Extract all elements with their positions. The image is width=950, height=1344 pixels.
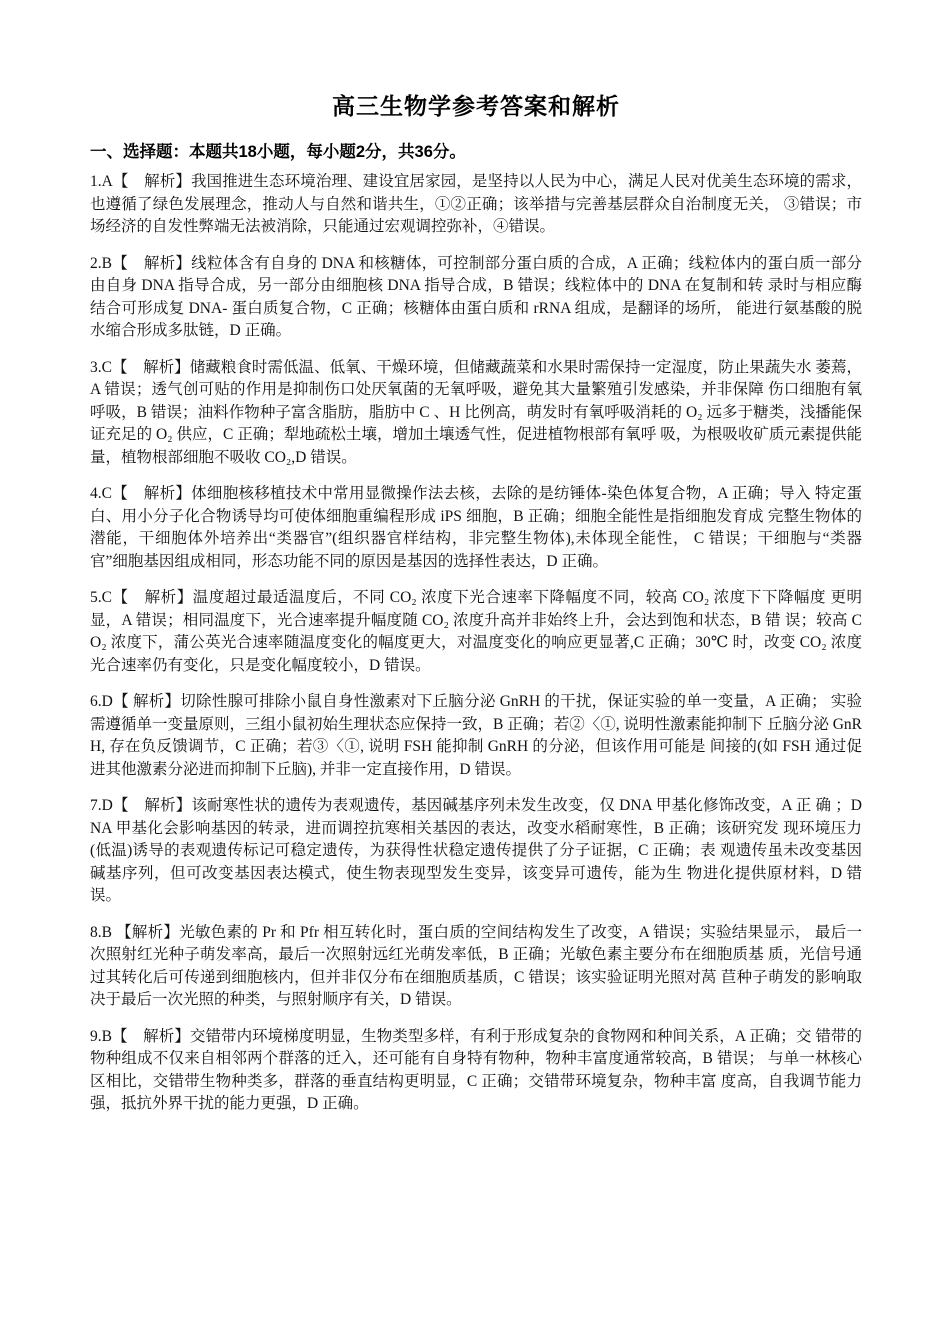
section-heading: 一、选择题：本题共18小题，每小题2分，共36分。: [90, 138, 862, 162]
answer-label: 2.B: [90, 255, 112, 272]
answer-explanation: 储藏粮食时需低温、低氧、干燥环境，但储藏蔬菜和水果时需保持一定湿度，防止果蔬失水…: [90, 359, 862, 466]
answer-item-8: 8.B 【解析】光敏色素的 Pr 和 Pfr 相互转化时，蛋白质的空间结构发生了…: [90, 922, 862, 1012]
answer-explanation: 光敏色素的 Pr 和 Pfr 相互转化时，蛋白质的空间结构发生了改变，A 错误；…: [90, 924, 862, 1009]
answer-label: 5.C: [90, 589, 112, 606]
answer-label: 3.C: [90, 359, 112, 376]
analysis-marker: 【 解析】: [112, 255, 191, 272]
answer-label: 6.D: [90, 693, 113, 710]
analysis-marker: 【 解析】: [113, 693, 180, 710]
answer-explanation: 交错带内环境梯度明显，生物类型多样，有利于形成复杂的食物网和种间关系，A 正确；…: [90, 1028, 862, 1113]
answer-item-3: 3.C【 解析】储藏粮食时需低温、低氧、干燥环境，但储藏蔬菜和水果时需保持一定湿…: [90, 357, 862, 470]
answer-label: 1.A: [90, 173, 113, 190]
answer-item-1: 1.A【 解析】我国推进生态环境治理、建设宜居家园，是坚持以人民为中心，满足人民…: [90, 171, 862, 239]
analysis-marker: 【 解析】: [112, 359, 190, 376]
answer-explanation: 切除性腺可排除小鼠自身性激素对下丘脑分泌 GnRH 的干扰，保证实验的单一变量，…: [90, 693, 862, 778]
answer-item-2: 2.B【 解析】线粒体含有自身的 DNA 和核糖体，可控制部分蛋白质的合成，A …: [90, 253, 862, 343]
document-page: 高三生物学参考答案和解析 一、选择题：本题共18小题，每小题2分，共36分。 1…: [0, 0, 950, 1344]
answer-label: 8.B: [90, 924, 112, 941]
answer-explanation: 温度超过最适温度后，不同 CO₂ 浓度下光合速率下降幅度不同，较高 CO₂ 浓度…: [90, 589, 862, 674]
answer-explanation: 我国推进生态环境治理、建设宜居家园，是坚持以人民为中心，满足人民对优美生态环境的…: [90, 173, 862, 235]
analysis-marker: 【解析】: [112, 924, 179, 941]
answer-label: 7.D: [90, 797, 113, 814]
answer-explanation: 该耐寒性状的遗传为表观遗传，基因碱基序列未发生改变，仅 DNA 甲基化修饰改变，…: [90, 797, 862, 904]
answer-item-7: 7.D【 解析】该耐寒性状的遗传为表观遗传，基因碱基序列未发生改变，仅 DNA …: [90, 795, 862, 908]
answer-item-6: 6.D【 解析】切除性腺可排除小鼠自身性激素对下丘脑分泌 GnRH 的干扰，保证…: [90, 691, 862, 781]
answer-label: 4.C: [90, 485, 112, 502]
answer-item-5: 5.C【 解析】温度超过最适温度后，不同 CO₂ 浓度下光合速率下降幅度不同，较…: [90, 587, 862, 677]
analysis-marker: 【 解析】: [112, 589, 193, 606]
page-title: 高三生物学参考答案和解析: [90, 88, 862, 121]
analysis-marker: 【 解析】: [113, 797, 192, 814]
analysis-marker: 【 解析】: [112, 485, 191, 502]
analysis-marker: 【 解析】: [113, 173, 191, 190]
answer-item-9: 9.B【 解析】交错带内环境梯度明显，生物类型多样，有利于形成复杂的食物网和种间…: [90, 1026, 862, 1116]
answer-explanation: 体细胞核移植技术中常用显微操作法去核，去除的是纺锤体-染色体复合物，A 正确；导…: [90, 485, 862, 570]
answer-item-4: 4.C【 解析】体细胞核移植技术中常用显微操作法去核，去除的是纺锤体-染色体复合…: [90, 483, 862, 573]
analysis-marker: 【 解析】: [112, 1028, 190, 1045]
answer-explanation: 线粒体含有自身的 DNA 和核糖体，可控制部分蛋白质的合成，A 正确；线粒体内的…: [90, 255, 862, 340]
answer-label: 9.B: [90, 1028, 112, 1045]
